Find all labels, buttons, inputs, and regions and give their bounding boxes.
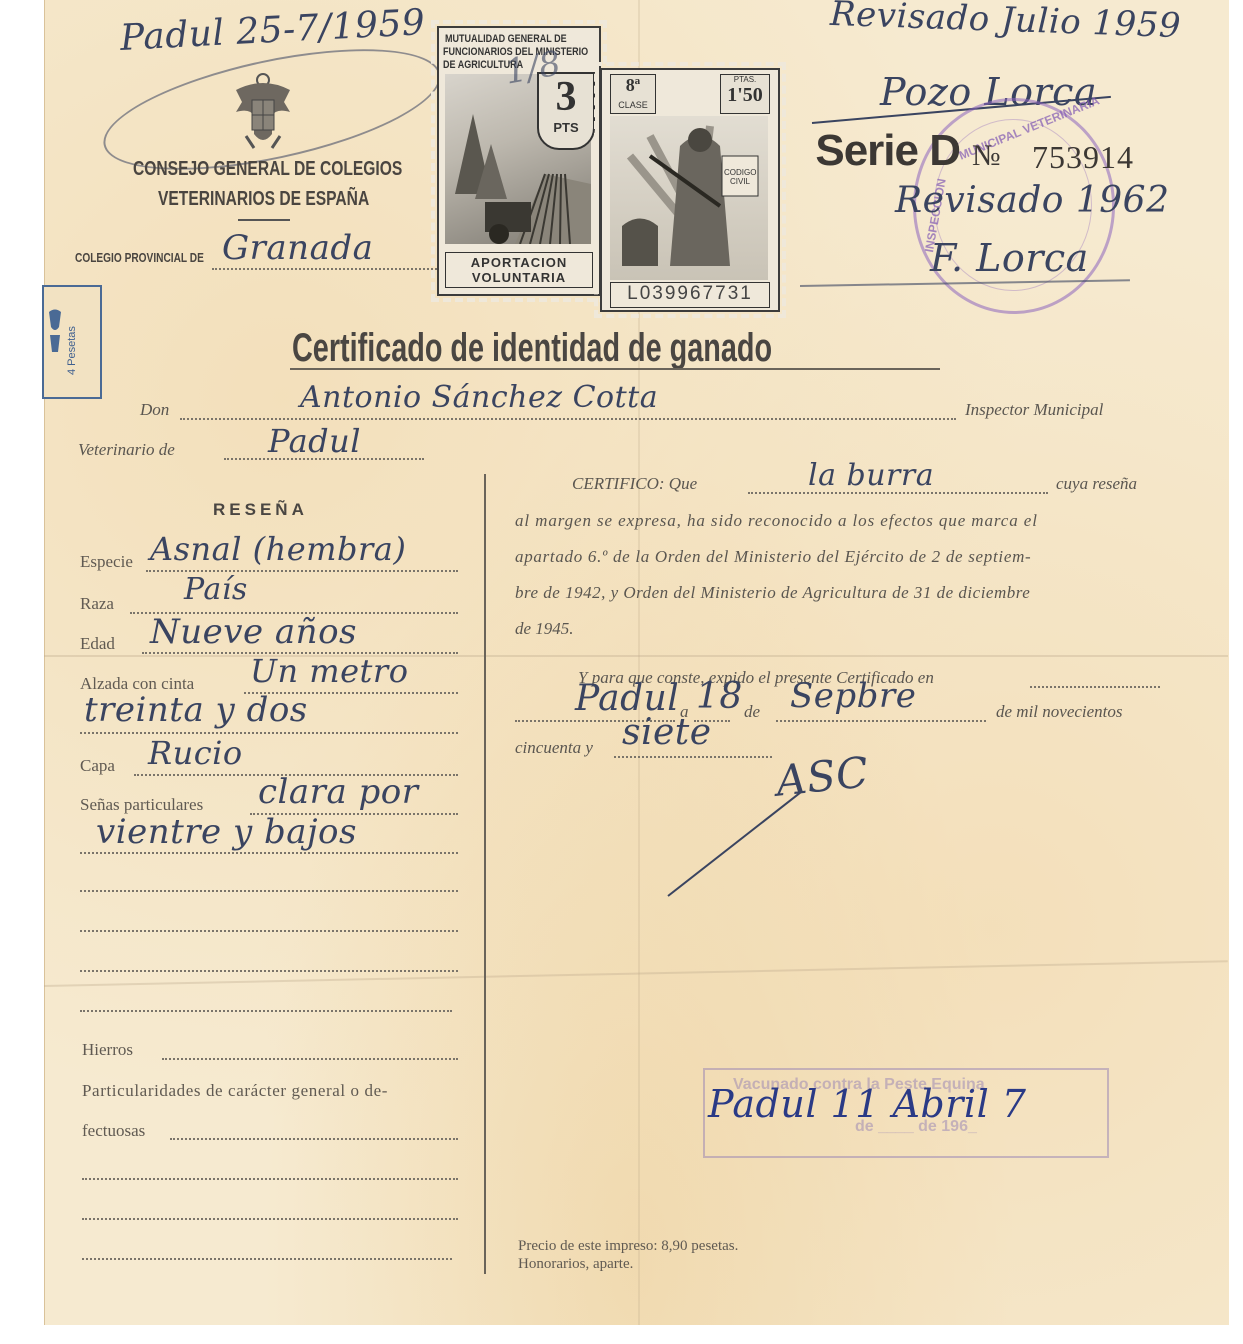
stamp-serial: L039967731 bbox=[610, 282, 770, 308]
field-label: Capa bbox=[80, 756, 115, 776]
field-dotline bbox=[80, 732, 458, 734]
field-dotline bbox=[80, 852, 458, 854]
issuer-line-2: VETERINARIOS DE ESPAÑA bbox=[158, 188, 369, 211]
month-dotline bbox=[776, 720, 986, 722]
stamp-class: 8ª bbox=[611, 75, 655, 95]
price-line-1: Precio de este impreso: 8,90 pesetas. bbox=[518, 1238, 738, 1255]
field-value: Nueve años bbox=[150, 612, 357, 652]
don-label: Don bbox=[140, 400, 169, 420]
certifico-body-4: de 1945. bbox=[515, 619, 574, 639]
year-value: siete bbox=[622, 712, 712, 753]
blank-dotline bbox=[80, 970, 458, 972]
stamp-unit: PTS bbox=[539, 120, 593, 135]
veterinario-value: Padul bbox=[268, 422, 361, 460]
certifico-body-3: bre de 1942, y Orden del Ministerio de A… bbox=[515, 583, 1030, 603]
fiscal-stamp: 8ª CLASE PTAS. 1'50 CODIGO CIVIL L039967… bbox=[600, 68, 780, 312]
signature-lower: F. Lorca bbox=[930, 236, 1089, 280]
blank-dotline bbox=[80, 890, 458, 892]
issuer-rule bbox=[238, 219, 290, 221]
stamp-currency: PTAS. bbox=[721, 75, 769, 84]
stamp-class-badge: 8ª CLASE bbox=[610, 74, 656, 114]
provincial-value: Granada bbox=[222, 228, 373, 268]
revenue-strip: 4 Pesetas bbox=[42, 285, 102, 399]
blank-dotline bbox=[82, 1178, 458, 1180]
particularidades-dotline bbox=[170, 1138, 458, 1140]
inspector-label: Inspector Municipal bbox=[965, 400, 1103, 420]
page-title: Certificado de identidad de ganado bbox=[292, 326, 772, 371]
don-dotline bbox=[180, 418, 956, 420]
don-value: Antonio Sánchez Cotta bbox=[300, 380, 658, 415]
stamp-footer-line-2: VOLUNTARIA bbox=[446, 270, 592, 285]
certifico-after-subject: cuya reseña bbox=[1056, 474, 1137, 494]
day-value: 18 bbox=[696, 676, 743, 717]
title-underline bbox=[290, 368, 940, 370]
field-value: Asnal (hembra) bbox=[150, 530, 406, 568]
field-value: País bbox=[184, 572, 248, 607]
de-label: de bbox=[744, 702, 760, 722]
particularidades-label: Particularidades de carácter general o d… bbox=[82, 1081, 388, 1101]
serie-label: Serie D bbox=[800, 126, 960, 176]
certifico-body-1: al margen se expresa, ha sido reconocido… bbox=[515, 511, 1038, 531]
field-value: Un metro bbox=[250, 652, 408, 690]
blank-dotline bbox=[82, 1258, 452, 1260]
number-symbol: № bbox=[972, 139, 1001, 173]
provincial-label: COLEGIO PROVINCIAL DE bbox=[75, 250, 204, 265]
annotation-revisado-1962: Revisado 1962 bbox=[895, 180, 1169, 221]
vaccination-handwritten: Padul 11 Abril 7 bbox=[708, 1082, 1026, 1126]
stamp-class-label: CLASE bbox=[611, 95, 655, 115]
price-line-2: Honorarios, aparte. bbox=[518, 1256, 633, 1273]
strip-value: 4 Pesetas bbox=[66, 326, 78, 375]
fold-crease bbox=[44, 655, 1228, 657]
year-label: cincuenta y bbox=[515, 738, 593, 758]
issuer-line-1: CONSEJO GENERAL DE COLEGIOS bbox=[133, 158, 402, 181]
year-prefix: de mil novecientos bbox=[996, 702, 1123, 722]
certifico-body-2: apartado 6.º de la Orden del Ministerio … bbox=[515, 547, 1031, 567]
certificate-number: 753914 bbox=[1032, 139, 1134, 176]
coat-of-arms-icon bbox=[232, 72, 294, 152]
column-divider bbox=[484, 474, 486, 1274]
certifico-lead: CERTIFICO: Que bbox=[572, 474, 697, 494]
provincial-dotline bbox=[212, 268, 437, 270]
stamp-justice-illustration: CODIGO CIVIL bbox=[610, 116, 768, 280]
veterinarian-signature: ASC bbox=[774, 747, 871, 805]
issue-dotline bbox=[1030, 686, 1160, 688]
month-value: Sepbre bbox=[790, 676, 916, 716]
field-value: vientre y bajos bbox=[96, 812, 357, 852]
strip-emblem-icon bbox=[47, 307, 63, 357]
blank-dotline bbox=[80, 930, 458, 932]
hierros-label: Hierros bbox=[82, 1040, 133, 1060]
field-value: clara por bbox=[258, 772, 419, 812]
field-value: Rucio bbox=[148, 734, 243, 772]
stamp-book-text: CODIGO CIVIL bbox=[724, 168, 756, 186]
stamp-footer-line-1: APORTACION bbox=[446, 255, 592, 270]
field-value: treinta y dos bbox=[84, 690, 308, 730]
year-dotline bbox=[614, 756, 772, 758]
stamp-title-1: MUTUALIDAD GENERAL DE bbox=[445, 33, 567, 45]
stamp-footer: APORTACION VOLUNTARIA bbox=[445, 252, 593, 288]
serie-text: Serie D bbox=[815, 126, 960, 175]
stamp-fiscal-value: 1'50 bbox=[721, 84, 769, 106]
field-label: Raza bbox=[80, 594, 114, 614]
field-label: Edad bbox=[80, 634, 115, 654]
hierros-dotline bbox=[162, 1058, 458, 1060]
blank-dotline bbox=[82, 1218, 458, 1220]
blank-dotline bbox=[80, 1010, 452, 1012]
veterinario-label: Veterinario de bbox=[78, 440, 175, 460]
field-label: Especie bbox=[80, 552, 133, 572]
stamp-currency-badge: PTAS. 1'50 bbox=[720, 74, 770, 114]
particularidades-label-cont: fectuosas bbox=[82, 1121, 145, 1141]
resena-heading: RESEÑA bbox=[213, 500, 308, 520]
certifico-subject: la burra bbox=[808, 458, 934, 493]
